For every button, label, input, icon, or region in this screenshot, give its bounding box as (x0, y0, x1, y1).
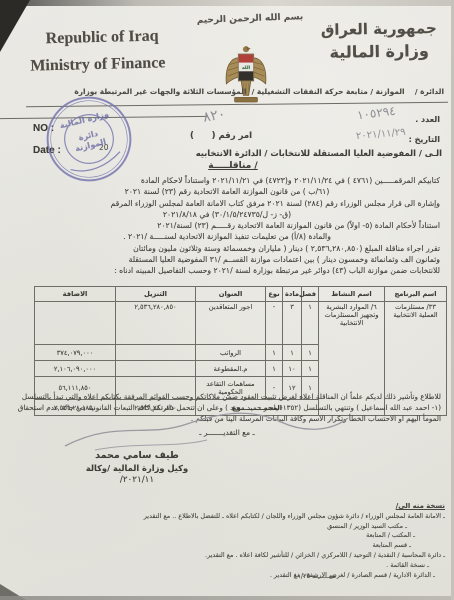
table-cell (116, 361, 196, 377)
header-chapter: فصل (302, 287, 319, 302)
body-line: تقرر اجراء مناقلة المبلغ (٢,٥٣٦,٢٨٠,٨٥٠ … (14, 243, 440, 254)
body-line: استناداً لأحكام المادة (٥- اولاً) من قان… (14, 220, 440, 231)
header-program: اسم البرنامج (385, 287, 447, 302)
header-material: مادة (283, 287, 302, 302)
table-cell: ٢,١٠٦,٠٩٠,٠٠٠ (35, 361, 116, 377)
svg-text:الله: الله (242, 65, 251, 71)
scan-edge-bottom (0, 596, 454, 600)
header-arabic: جمهورية العراق وزارة المالية (312, 19, 447, 62)
header-activity: اسم النشاط (319, 287, 385, 302)
copies-heading: نسخة منه الى/ (6, 502, 445, 512)
arabic-republic-title: جمهورية العراق (312, 19, 446, 39)
table-cell (35, 302, 116, 345)
copies-item: ـ قسم المتابعة (6, 541, 445, 551)
table-cell: ١٠ (283, 361, 302, 377)
signatory-name: طيف سامي محمد (42, 450, 232, 461)
arabic-ministry-title: وزارة المالية (312, 41, 446, 62)
republic-of-iraq-title: Republic of Iraq (29, 22, 165, 52)
copies-item: ـ مكتب السيد الوزير / المنسق (6, 522, 445, 532)
copies-item: ـ الامانة العامة لمجلس الوزراء / دائرة ش… (6, 512, 445, 522)
scan-edge-top (0, 0, 454, 6)
number-value-handwritten: ١٠٥٢٩٤ (357, 104, 397, 123)
table-cell: ١ (266, 361, 283, 377)
header-type: نوع (266, 287, 283, 302)
ministry-of-finance-title: Ministry of Finance (30, 49, 166, 79)
table-cell: ١ (283, 345, 302, 361)
order-number-line: امر رقم ( ) (190, 131, 252, 141)
body-line: والمادة (٨/أ) من تعليمات تنفيذ الموازنة … (14, 231, 440, 242)
addressee-line: الـى / المفوضية العليا المستقلة للانتخاب… (100, 148, 442, 158)
signature-scribble (55, 404, 355, 454)
scan-corner-topleft (0, 0, 30, 52)
body-line: وثمانون الف وثمانمائة وخمسون دينار ) بين… (14, 254, 440, 265)
signature-date: ٢٠٢١/١١/ (42, 475, 232, 485)
header-debit: التنزيل (116, 287, 196, 302)
table-header-row: اسم البرنامج اسم النشاط فصل مادة نوع الع… (35, 287, 447, 302)
table-cell: الرواتب (196, 345, 266, 361)
prepared-note: معـــــــد ١١/٢٥ (294, 572, 336, 580)
header-credit: الاضافة (35, 287, 116, 302)
number-label: العدد . (409, 110, 440, 130)
table-cell: ١ (266, 345, 283, 361)
copies-item: ـ المكتب / المتابعة (6, 531, 445, 541)
date-value-handwritten: ٢٠٢١/١١/٢٩ (356, 127, 406, 142)
body-line: (ق- ز- ل/٣٠/١/٥/٢٤٧٣٥) في ٢٠٢١/٨/١٨ (14, 209, 440, 220)
body-line: كتابيكم المرقمـــــين (٤٧٦١ ) في ٢٠٢١/١١… (14, 175, 440, 186)
table-cell: ٢,٥٣٦,٢٨٠,٨٥٠ (116, 302, 196, 345)
table-cell: ٣٧٤,٠٧٩,٠٠٠ (35, 345, 116, 361)
date-label-arabic: التاريخ : (409, 130, 440, 150)
table-cell: ١ (302, 345, 319, 361)
bismillah-calligraphy: بسم الله الرحمن الرحيم (178, 11, 322, 26)
letter-body: كتابيكم المرقمـــــين (٤٧٦١ ) في ٢٠٢١/١١… (14, 175, 440, 277)
stamp-ministry-text: وزارة المالية (59, 109, 110, 131)
signatory-title: وكيل وزارة المالية /وكالة (42, 463, 232, 473)
copies-item: ـ نسخة القائمة . (6, 561, 445, 571)
body-line: وإشارة الى قرار مجلس الوزراء رقم (٢٨٤) ل… (14, 198, 440, 209)
table-cell: - (266, 302, 283, 345)
order-number-handwritten: ٨٢٠ (202, 106, 227, 126)
subject-line: / مناقلـــــة (6, 161, 454, 171)
table-cell: ١ (302, 361, 319, 377)
copies-item: ـ الدائرة الادارية / قسم الصادرة / لغرض … (6, 571, 445, 581)
reference-arabic: العدد . التاريخ : (409, 110, 440, 150)
table-cell (116, 345, 196, 361)
table-cell: ١ (302, 302, 319, 345)
copies-list: نسخة منه الى/ ـ الامانة العامة لمجلس الو… (6, 502, 445, 580)
scanned-official-letter: Republic of Iraq Ministry of Finance بسم… (0, 0, 454, 600)
signature-block: طيف سامي محمد وكيل وزارة المالية /وكالة … (42, 450, 232, 485)
body-line: للانتخابات ضمن موازنة الباب (٤٣) دوائر غ… (14, 265, 440, 276)
body-line: (٦١/ب ) من قانون الموازنة العامة الاتحاد… (14, 186, 440, 197)
table-row: ٣٣/ مستلزمات العملية الانتخابية ٦/ الموا… (35, 302, 447, 345)
table-cell: اجور المتعاقدين (196, 302, 266, 345)
header-english: Republic of Iraq Ministry of Finance (29, 22, 165, 79)
copies-item: ـ دائرة المحاسبة / النقدية / التوحيد / ا… (6, 551, 445, 561)
table-cell: ٣ (283, 302, 302, 345)
table-cell: م.المقطوعة (196, 361, 266, 377)
header-title: العنوان (196, 287, 266, 302)
